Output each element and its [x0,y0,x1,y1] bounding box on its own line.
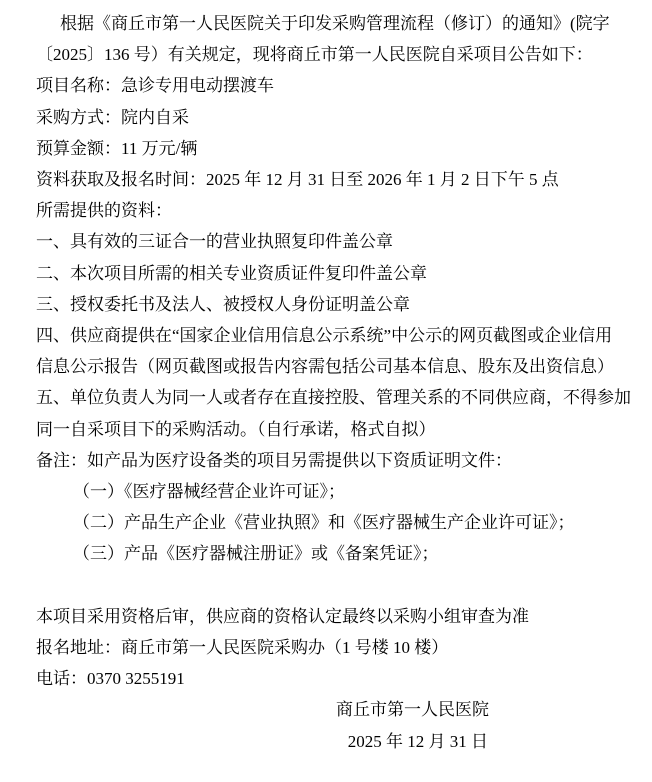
materials-heading: 所需提供的资料： [36,195,618,226]
materials-item-5-line-2: 同一自采项目下的采购活动。（自行承诺，格式自拟） [36,414,618,445]
materials-item-1: 一、具有效的三证合一的营业执照复印件盖公章 [36,226,618,257]
document-page: 根据《商丘市第一人民医院关于印发采购管理流程（修订）的通知》(院字 〔2025〕… [0,0,652,782]
materials-item-2: 二、本次项目所需的相关专业资质证件复印件盖公章 [36,258,618,289]
registration-time-line: 资料获取及报名时间：2025 年 12 月 31 日至 2026 年 1 月 2… [36,164,618,195]
registration-address-line: 报名地址：商丘市第一人民医院采购办（1 号楼 10 楼） [36,632,618,663]
intro-line-1: 根据《商丘市第一人民医院关于印发采购管理流程（修订）的通知》(院字 [36,8,618,39]
remark-sub-item-3: （三）产品《医疗器械注册证》或《备案凭证》； [36,538,618,569]
date-line: 2025 年 12 月 31 日 [36,726,618,757]
purchase-method-line: 采购方式：院内自采 [36,102,618,133]
remark-sub-item-1: （一）《医疗器械经营企业许可证》； [36,476,618,507]
phone-line: 电话：0370 3255191 [36,663,618,694]
qualification-review-line: 本项目采用资格后审，供应商的资格认定最终以采购小组审查为准 [36,601,618,632]
signature-line: 商丘市第一人民医院 [36,694,618,725]
remark-sub-item-2: （二）产品生产企业《营业执照》和《医疗器械生产企业许可证》； [36,507,618,538]
intro-line-2: 〔2025〕136 号）有关规定，现将商丘市第一人民医院自采项目公告如下： [36,39,618,70]
materials-item-4-line-1: 四、供应商提供在“国家企业信用信息公示系统”中公示的网页截图或企业信用 [36,320,618,351]
budget-line: 预算金额：11 万元/辆 [36,133,618,164]
materials-item-3: 三、授权委托书及法人、被授权人身份证明盖公章 [36,289,618,320]
materials-item-5-line-1: 五、单位负责人为同一人或者存在直接控股、管理关系的不同供应商，不得参加 [36,382,618,413]
remark-heading: 备注：如产品为医疗设备类的项目另需提供以下资质证明文件： [36,445,618,476]
blank-line [36,570,618,601]
project-name-line: 项目名称：急诊专用电动摆渡车 [36,70,618,101]
materials-item-4-line-2: 信息公示报告（网页截图或报告内容需包括公司基本信息、股东及出资信息） [36,351,618,382]
